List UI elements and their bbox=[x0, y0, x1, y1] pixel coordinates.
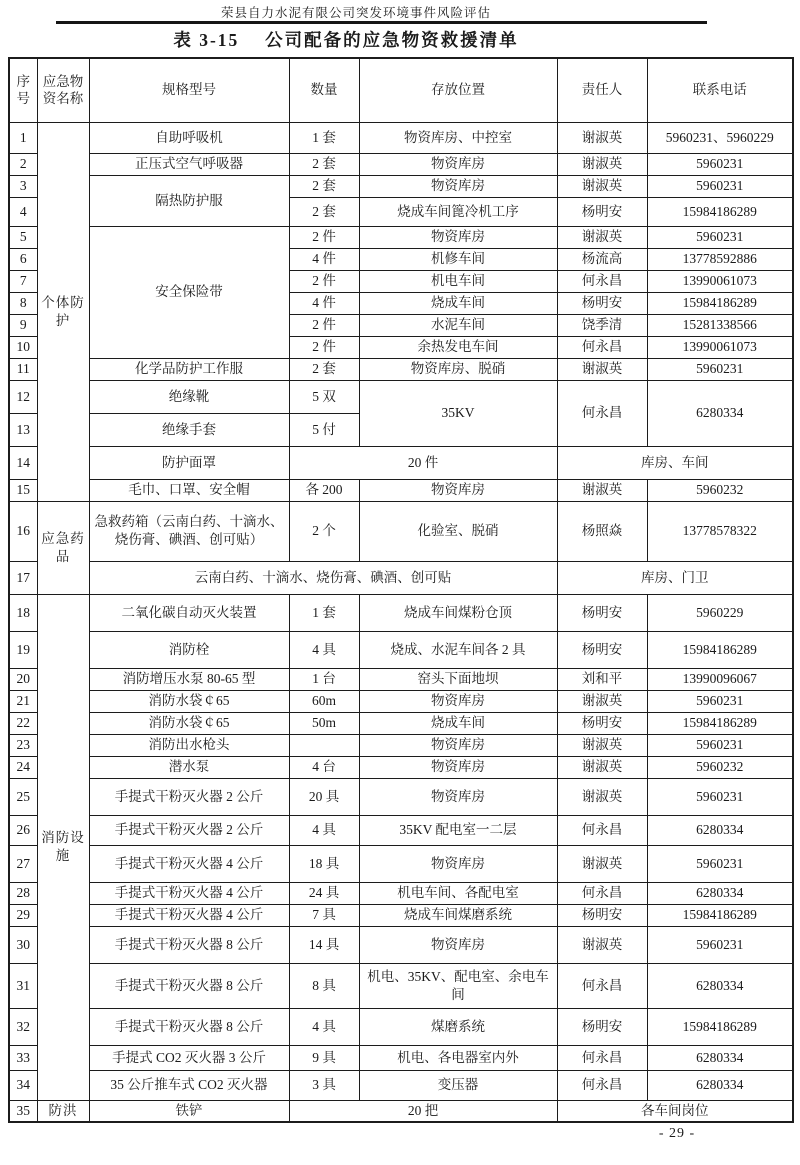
table-row: 32手提式干粉灭火器 8 公斤4 具煤磨系统杨明安15984186289 bbox=[9, 1008, 793, 1045]
cell-location: 物资库房 bbox=[359, 756, 557, 778]
cell-person: 谢淑英 bbox=[557, 778, 647, 815]
table-row: 15毛巾、口罩、安全帽各 200物资库房谢淑英5960232 bbox=[9, 479, 793, 501]
cell-qty: 4 台 bbox=[289, 756, 359, 778]
cell-spec: 手提式 CO2 灭火器 3 公斤 bbox=[89, 1045, 289, 1070]
cell-location: 物资库房 bbox=[359, 226, 557, 248]
cell-serial: 32 bbox=[9, 1008, 37, 1045]
cell-spec: 云南白药、十滴水、烧伤膏、碘酒、创可贴 bbox=[89, 561, 557, 594]
table-row: 30手提式干粉灭火器 8 公斤14 具物资库房谢淑英5960231 bbox=[9, 926, 793, 963]
cell-phone: 15984186289 bbox=[647, 631, 793, 668]
cell-spec: 防护面罩 bbox=[89, 446, 289, 479]
cell-serial: 12 bbox=[9, 380, 37, 413]
table-row: 12绝缘靴5 双35KV何永昌6280334 bbox=[9, 380, 793, 413]
cell-qty: 各 200 bbox=[289, 479, 359, 501]
table-row: 24潜水泵4 台物资库房谢淑英5960232 bbox=[9, 756, 793, 778]
cell-serial: 14 bbox=[9, 446, 37, 479]
cell-serial: 5 bbox=[9, 226, 37, 248]
table-row: 26手提式干粉灭火器 2 公斤4 具35KV 配电室一二层何永昌6280334 bbox=[9, 815, 793, 845]
cell-phone: 15984186289 bbox=[647, 904, 793, 926]
cell-serial: 26 bbox=[9, 815, 37, 845]
cell-phone: 5960229 bbox=[647, 594, 793, 631]
cell-spec: 手提式干粉灭火器 8 公斤 bbox=[89, 963, 289, 1008]
cell-person: 谢淑英 bbox=[557, 358, 647, 380]
cell-serial: 29 bbox=[9, 904, 37, 926]
cell-serial: 7 bbox=[9, 270, 37, 292]
table-row: 5安全保险带2 件物资库房谢淑英5960231 bbox=[9, 226, 793, 248]
cell-qty: 2 个 bbox=[289, 501, 359, 561]
table-row: 2正压式空气呼吸器2 套物资库房谢淑英5960231 bbox=[9, 153, 793, 175]
cell-serial: 15 bbox=[9, 479, 37, 501]
cell-serial: 35 bbox=[9, 1100, 37, 1122]
cell-qty: 2 套 bbox=[289, 358, 359, 380]
table-row: 28手提式干粉灭火器 4 公斤24 具机电车间、各配电室何永昌6280334 bbox=[9, 882, 793, 904]
column-header-category: 应急物资名称 bbox=[37, 58, 89, 122]
cell-spec: 手提式干粉灭火器 4 公斤 bbox=[89, 904, 289, 926]
cell-qty: 4 件 bbox=[289, 248, 359, 270]
cell-serial: 13 bbox=[9, 413, 37, 446]
cell-qty: 60m bbox=[289, 690, 359, 712]
cell-qty: 1 台 bbox=[289, 668, 359, 690]
cell-spec: 消防出水枪头 bbox=[89, 734, 289, 756]
cell-person: 杨明安 bbox=[557, 292, 647, 314]
cell-location: 物资库房 bbox=[359, 734, 557, 756]
cell-person: 谢淑英 bbox=[557, 153, 647, 175]
cell-phone: 13990061073 bbox=[647, 336, 793, 358]
cell-category: 消防设施 bbox=[37, 594, 89, 1100]
cell-location: 烧成车间煤磨系统 bbox=[359, 904, 557, 926]
cell-qty: 9 具 bbox=[289, 1045, 359, 1070]
cell-serial: 18 bbox=[9, 594, 37, 631]
cell-phone: 5960231 bbox=[647, 690, 793, 712]
cell-serial: 17 bbox=[9, 561, 37, 594]
cell-spec: 绝缘手套 bbox=[89, 413, 289, 446]
table-row: 23消防出水枪头物资库房谢淑英5960231 bbox=[9, 734, 793, 756]
table-row: 29手提式干粉灭火器 4 公斤7 具烧成车间煤磨系统杨明安15984186289 bbox=[9, 904, 793, 926]
cell-phone: 5960232 bbox=[647, 479, 793, 501]
cell-phone: 5960231、5960229 bbox=[647, 122, 793, 153]
cell-person: 刘和平 bbox=[557, 668, 647, 690]
table-row: 16应急药品急救药箱（云南白药、十滴水、烧伤膏、碘酒、创可贴）2 个化验室、脱硝… bbox=[9, 501, 793, 561]
cell-serial: 1 bbox=[9, 122, 37, 153]
cell-phone: 5960231 bbox=[647, 845, 793, 882]
cell-person: 何永昌 bbox=[557, 1070, 647, 1100]
cell-phone: 15281338566 bbox=[647, 314, 793, 336]
table-row: 3隔热防护服2 套物资库房谢淑英5960231 bbox=[9, 175, 793, 197]
cell-person: 谢淑英 bbox=[557, 756, 647, 778]
cell-spec: 手提式干粉灭火器 4 公斤 bbox=[89, 845, 289, 882]
cell-person: 谢淑英 bbox=[557, 226, 647, 248]
cell-person: 杨明安 bbox=[557, 904, 647, 926]
cell-location: 变压器 bbox=[359, 1070, 557, 1100]
cell-spec: 消防栓 bbox=[89, 631, 289, 668]
cell-serial: 2 bbox=[9, 153, 37, 175]
cell-location: 物资库房 bbox=[359, 690, 557, 712]
cell-serial: 8 bbox=[9, 292, 37, 314]
cell-phone: 5960232 bbox=[647, 756, 793, 778]
cell-person: 饶季清 bbox=[557, 314, 647, 336]
cell-qty: 5 付 bbox=[289, 413, 359, 446]
cell-spec: 化学品防护工作服 bbox=[89, 358, 289, 380]
cell-phone: 13990096067 bbox=[647, 668, 793, 690]
cell-location: 物资库房 bbox=[359, 778, 557, 815]
cell-serial: 11 bbox=[9, 358, 37, 380]
table-row: 18消防设施二氧化碳自动灭火装置1 套烧成车间煤粉仓顶杨明安5960229 bbox=[9, 594, 793, 631]
cell-person: 库房、门卫 bbox=[557, 561, 793, 594]
cell-location: 35KV bbox=[359, 380, 557, 446]
cell-spec: 消防水袋￠65 bbox=[89, 712, 289, 734]
cell-location: 物资库房 bbox=[359, 153, 557, 175]
cell-serial: 3 bbox=[9, 175, 37, 197]
column-header-serial: 序号 bbox=[9, 58, 37, 122]
cell-person: 谢淑英 bbox=[557, 690, 647, 712]
cell-location: 物资库房 bbox=[359, 926, 557, 963]
cell-phone: 13778592886 bbox=[647, 248, 793, 270]
cell-person: 何永昌 bbox=[557, 815, 647, 845]
cell-qty: 2 件 bbox=[289, 226, 359, 248]
cell-serial: 21 bbox=[9, 690, 37, 712]
cell-location: 煤磨系统 bbox=[359, 1008, 557, 1045]
table-row: 25手提式干粉灭火器 2 公斤20 具物资库房谢淑英5960231 bbox=[9, 778, 793, 815]
cell-spec: 潜水泵 bbox=[89, 756, 289, 778]
cell-location: 35KV 配电室一二层 bbox=[359, 815, 557, 845]
cell-spec: 二氧化碳自动灭火装置 bbox=[89, 594, 289, 631]
cell-person: 何永昌 bbox=[557, 270, 647, 292]
cell-location: 物资库房、脱硝 bbox=[359, 358, 557, 380]
cell-person: 谢淑英 bbox=[557, 926, 647, 963]
cell-serial: 34 bbox=[9, 1070, 37, 1100]
cell-serial: 30 bbox=[9, 926, 37, 963]
cell-spec: 隔热防护服 bbox=[89, 175, 289, 226]
cell-spec: 安全保险带 bbox=[89, 226, 289, 358]
cell-phone: 5960231 bbox=[647, 734, 793, 756]
cell-qty: 18 具 bbox=[289, 845, 359, 882]
cell-spec: 手提式干粉灭火器 8 公斤 bbox=[89, 1008, 289, 1045]
cell-location: 物资库房 bbox=[359, 175, 557, 197]
cell-qty: 1 套 bbox=[289, 594, 359, 631]
cell-serial: 28 bbox=[9, 882, 37, 904]
cell-serial: 19 bbox=[9, 631, 37, 668]
cell-serial: 16 bbox=[9, 501, 37, 561]
cell-qty: 24 具 bbox=[289, 882, 359, 904]
cell-location: 烧成车间 bbox=[359, 712, 557, 734]
table-row: 27手提式干粉灭火器 4 公斤18 具物资库房谢淑英5960231 bbox=[9, 845, 793, 882]
cell-location: 烧成车间煤粉仓顶 bbox=[359, 594, 557, 631]
column-header-location: 存放位置 bbox=[359, 58, 557, 122]
cell-spec: 毛巾、口罩、安全帽 bbox=[89, 479, 289, 501]
cell-phone: 5960231 bbox=[647, 778, 793, 815]
cell-qty: 7 具 bbox=[289, 904, 359, 926]
cell-person: 何永昌 bbox=[557, 1045, 647, 1070]
cell-serial: 9 bbox=[9, 314, 37, 336]
table-row: 20消防增压水泵 80-65 型1 台窑头下面地坝刘和平13990096067 bbox=[9, 668, 793, 690]
table-row: 31手提式干粉灭火器 8 公斤8 具机电、35KV、配电室、余电车间何永昌628… bbox=[9, 963, 793, 1008]
cell-qty: 2 件 bbox=[289, 336, 359, 358]
cell-spec: 正压式空气呼吸器 bbox=[89, 153, 289, 175]
cell-qty: 8 具 bbox=[289, 963, 359, 1008]
cell-location: 烧成车间 bbox=[359, 292, 557, 314]
cell-phone: 13990061073 bbox=[647, 270, 793, 292]
cell-qty: 4 具 bbox=[289, 631, 359, 668]
table-caption: 表 3-15 公司配备的应急物资救援清单 bbox=[0, 27, 692, 52]
cell-category: 应急药品 bbox=[37, 501, 89, 594]
cell-person: 何永昌 bbox=[557, 380, 647, 446]
cell-qty: 14 具 bbox=[289, 926, 359, 963]
cell-person: 谢淑英 bbox=[557, 734, 647, 756]
table-row: 17云南白药、十滴水、烧伤膏、碘酒、创可贴库房、门卫 bbox=[9, 561, 793, 594]
cell-spec: 手提式干粉灭火器 8 公斤 bbox=[89, 926, 289, 963]
cell-serial: 6 bbox=[9, 248, 37, 270]
cell-person: 杨明安 bbox=[557, 1008, 647, 1045]
cell-phone: 6280334 bbox=[647, 1045, 793, 1070]
table-row: 1个体防护自助呼吸机1 套物资库房、中控室谢淑英5960231、5960229 bbox=[9, 122, 793, 153]
column-header-phone: 联系电话 bbox=[647, 58, 793, 122]
cell-qty: 2 套 bbox=[289, 175, 359, 197]
cell-spec: 消防水袋￠65 bbox=[89, 690, 289, 712]
cell-location: 化验室、脱硝 bbox=[359, 501, 557, 561]
cell-serial: 4 bbox=[9, 197, 37, 226]
cell-person: 杨流高 bbox=[557, 248, 647, 270]
cell-qty: 2 套 bbox=[289, 197, 359, 226]
header-rule-divider bbox=[56, 21, 707, 24]
cell-location: 烧成、水泥车间各 2 具 bbox=[359, 631, 557, 668]
cell-person: 杨照焱 bbox=[557, 501, 647, 561]
page-number: - 29 - bbox=[612, 1126, 742, 1142]
cell-qty: 4 具 bbox=[289, 815, 359, 845]
cell-serial: 23 bbox=[9, 734, 37, 756]
cell-serial: 22 bbox=[9, 712, 37, 734]
cell-serial: 33 bbox=[9, 1045, 37, 1070]
cell-qty: 20 把 bbox=[289, 1100, 557, 1122]
table-row: 21消防水袋￠6560m物资库房谢淑英5960231 bbox=[9, 690, 793, 712]
cell-spec: 自助呼吸机 bbox=[89, 122, 289, 153]
table-row: 33手提式 CO2 灭火器 3 公斤9 具机电、各电器室内外何永昌6280334 bbox=[9, 1045, 793, 1070]
cell-person: 杨明安 bbox=[557, 631, 647, 668]
cell-person: 谢淑英 bbox=[557, 122, 647, 153]
cell-location: 物资库房 bbox=[359, 845, 557, 882]
cell-phone: 15984186289 bbox=[647, 712, 793, 734]
cell-serial: 10 bbox=[9, 336, 37, 358]
table-row: 19消防栓4 具烧成、水泥车间各 2 具杨明安15984186289 bbox=[9, 631, 793, 668]
emergency-supplies-table: 序号 应急物资名称 规格型号 数量 存放位置 责任人 联系电话 1个体防护自助呼… bbox=[8, 57, 794, 1123]
document-header: 荣县自力水泥有限公司突发环境事件风险评估 bbox=[0, 3, 712, 21]
cell-spec: 绝缘靴 bbox=[89, 380, 289, 413]
cell-phone: 5960231 bbox=[647, 926, 793, 963]
cell-qty: 2 件 bbox=[289, 270, 359, 292]
cell-person: 何永昌 bbox=[557, 882, 647, 904]
cell-person: 谢淑英 bbox=[557, 175, 647, 197]
cell-spec: 手提式干粉灭火器 4 公斤 bbox=[89, 882, 289, 904]
cell-phone: 6280334 bbox=[647, 1070, 793, 1100]
cell-person: 杨明安 bbox=[557, 594, 647, 631]
cell-qty: 2 套 bbox=[289, 153, 359, 175]
column-header-spec: 规格型号 bbox=[89, 58, 289, 122]
cell-serial: 20 bbox=[9, 668, 37, 690]
cell-qty: 4 件 bbox=[289, 292, 359, 314]
cell-qty: 50m bbox=[289, 712, 359, 734]
header-row: 序号 应急物资名称 规格型号 数量 存放位置 责任人 联系电话 bbox=[9, 58, 793, 122]
cell-qty: 20 件 bbox=[289, 446, 557, 479]
cell-phone: 5960231 bbox=[647, 175, 793, 197]
cell-spec: 手提式干粉灭火器 2 公斤 bbox=[89, 778, 289, 815]
cell-person: 谢淑英 bbox=[557, 845, 647, 882]
cell-qty bbox=[289, 734, 359, 756]
cell-location: 机电车间、各配电室 bbox=[359, 882, 557, 904]
cell-location: 机电、35KV、配电室、余电车间 bbox=[359, 963, 557, 1008]
cell-phone: 6280334 bbox=[647, 380, 793, 446]
cell-qty: 4 具 bbox=[289, 1008, 359, 1045]
cell-location: 物资库房 bbox=[359, 479, 557, 501]
cell-serial: 31 bbox=[9, 963, 37, 1008]
cell-spec: 消防增压水泵 80-65 型 bbox=[89, 668, 289, 690]
cell-category: 防洪 bbox=[37, 1100, 89, 1122]
cell-location: 物资库房、中控室 bbox=[359, 122, 557, 153]
cell-phone: 5960231 bbox=[647, 358, 793, 380]
cell-person: 库房、车间 bbox=[557, 446, 793, 479]
cell-location: 烧成车间篦冷机工序 bbox=[359, 197, 557, 226]
cell-serial: 27 bbox=[9, 845, 37, 882]
cell-spec: 铁铲 bbox=[89, 1100, 289, 1122]
cell-phone: 6280334 bbox=[647, 882, 793, 904]
cell-person: 杨明安 bbox=[557, 197, 647, 226]
cell-qty: 3 具 bbox=[289, 1070, 359, 1100]
cell-spec: 35 公斤推车式 CO2 灭火器 bbox=[89, 1070, 289, 1100]
cell-spec: 急救药箱（云南白药、十滴水、烧伤膏、碘酒、创可贴） bbox=[89, 501, 289, 561]
cell-phone: 15984186289 bbox=[647, 1008, 793, 1045]
cell-person: 谢淑英 bbox=[557, 479, 647, 501]
cell-phone: 5960231 bbox=[647, 226, 793, 248]
cell-qty: 1 套 bbox=[289, 122, 359, 153]
cell-category: 个体防护 bbox=[37, 122, 89, 501]
table-row: 14防护面罩20 件库房、车间 bbox=[9, 446, 793, 479]
cell-person: 杨明安 bbox=[557, 712, 647, 734]
cell-phone: 13778578322 bbox=[647, 501, 793, 561]
cell-location: 机修车间 bbox=[359, 248, 557, 270]
table-row: 11化学品防护工作服2 套物资库房、脱硝谢淑英5960231 bbox=[9, 358, 793, 380]
cell-phone: 6280334 bbox=[647, 815, 793, 845]
column-header-person: 责任人 bbox=[557, 58, 647, 122]
column-header-qty: 数量 bbox=[289, 58, 359, 122]
table-row: 22消防水袋￠6550m烧成车间杨明安15984186289 bbox=[9, 712, 793, 734]
cell-spec: 手提式干粉灭火器 2 公斤 bbox=[89, 815, 289, 845]
cell-person: 何永昌 bbox=[557, 336, 647, 358]
cell-qty: 2 件 bbox=[289, 314, 359, 336]
cell-location: 机电、各电器室内外 bbox=[359, 1045, 557, 1070]
cell-serial: 25 bbox=[9, 778, 37, 815]
cell-phone: 6280334 bbox=[647, 963, 793, 1008]
cell-serial: 24 bbox=[9, 756, 37, 778]
cell-qty: 20 具 bbox=[289, 778, 359, 815]
cell-qty: 5 双 bbox=[289, 380, 359, 413]
cell-person: 各车间岗位 bbox=[557, 1100, 793, 1122]
table-row: 3435 公斤推车式 CO2 灭火器3 具变压器何永昌6280334 bbox=[9, 1070, 793, 1100]
table-row: 35防洪铁铲20 把各车间岗位 bbox=[9, 1100, 793, 1122]
cell-person: 何永昌 bbox=[557, 963, 647, 1008]
cell-phone: 15984186289 bbox=[647, 197, 793, 226]
cell-location: 窑头下面地坝 bbox=[359, 668, 557, 690]
cell-phone: 5960231 bbox=[647, 153, 793, 175]
cell-phone: 15984186289 bbox=[647, 292, 793, 314]
cell-location: 机电车间 bbox=[359, 270, 557, 292]
cell-location: 水泥车间 bbox=[359, 314, 557, 336]
cell-location: 余热发电车间 bbox=[359, 336, 557, 358]
